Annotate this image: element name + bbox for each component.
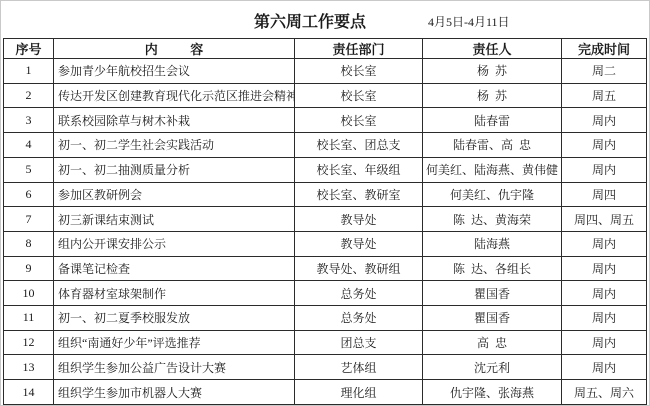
cell-content: 组织学生参加市机器人大赛 (54, 380, 295, 405)
cell-department: 校长室 (295, 108, 423, 133)
table-row: 10体育器材室球架制作总务处瞿国香周内 (4, 281, 647, 306)
table-row: 11初一、初二夏季校服发放总务处瞿国香周内 (4, 306, 647, 331)
cell-person: 陆春雷、高 忠 (423, 133, 562, 158)
cell-index: 9 (4, 256, 54, 281)
cell-deadline: 周内 (562, 355, 647, 380)
cell-index: 10 (4, 281, 54, 306)
cell-person: 仇宇隆、张海燕 (423, 380, 562, 405)
cell-index: 7 (4, 207, 54, 232)
table-row: 1参加青少年航校招生会议校长室杨 苏周二 (4, 59, 647, 84)
cell-content: 组织“南通好少年”评选推荐 (54, 330, 295, 355)
cell-deadline: 周内 (562, 330, 647, 355)
cell-department: 教导处 (295, 207, 423, 232)
cell-deadline: 周内 (562, 231, 647, 256)
cell-content: 组织学生参加公益广告设计大赛 (54, 355, 295, 380)
cell-content: 联系校园除草与树木补栽 (54, 108, 295, 133)
cell-deadline: 周内 (562, 281, 647, 306)
cell-deadline: 周内 (562, 108, 647, 133)
cell-person: 何美红、仇宇隆 (423, 182, 562, 207)
table-row: 14组织学生参加市机器人大赛理化组仇宇隆、张海燕周五、周六 (4, 380, 647, 405)
cell-department: 教导处、教研组 (295, 256, 423, 281)
cell-deadline: 周二 (562, 59, 647, 84)
cell-index: 6 (4, 182, 54, 207)
table-row: 2传达开发区创建教育现代化示范区推进会精神校长室杨 苏周五 (4, 83, 647, 108)
cell-department: 总务处 (295, 281, 423, 306)
cell-content: 初三新课结束测试 (54, 207, 295, 232)
cell-person: 杨 苏 (423, 83, 562, 108)
cell-deadline: 周内 (562, 306, 647, 331)
cell-index: 12 (4, 330, 54, 355)
cell-person: 何美红、陆海燕、黄伟健 (423, 157, 562, 182)
table-row: 13组织学生参加公益广告设计大赛艺体组沈元利周内 (4, 355, 647, 380)
cell-department: 校长室、教研室 (295, 182, 423, 207)
cell-index: 8 (4, 231, 54, 256)
table-row: 12组织“南通好少年”评选推荐团总支高 忠周内 (4, 330, 647, 355)
title-bar: 第六周工作要点 4月5日-4月11日 (0, 0, 650, 38)
cell-person: 沈元利 (423, 355, 562, 380)
cell-index: 3 (4, 108, 54, 133)
cell-deadline: 周内 (562, 256, 647, 281)
weekly-work-points-sheet: 第六周工作要点 4月5日-4月11日 序号内 容责任部门责任人完成时间 1参加青… (0, 0, 650, 406)
cell-department: 校长室 (295, 83, 423, 108)
cell-index: 1 (4, 59, 54, 84)
cell-content: 组内公开课安排公示 (54, 231, 295, 256)
cell-index: 5 (4, 157, 54, 182)
table-row: 6参加区教研例会校长室、教研室何美红、仇宇隆周四 (4, 182, 647, 207)
cell-person: 陆海燕 (423, 231, 562, 256)
column-header-department: 责任部门 (295, 39, 423, 59)
cell-content: 传达开发区创建教育现代化示范区推进会精神 (54, 83, 295, 108)
cell-index: 2 (4, 83, 54, 108)
table-row: 8组内公开课安排公示教导处陆海燕周内 (4, 231, 647, 256)
cell-content: 备课笔记检查 (54, 256, 295, 281)
cell-content: 初一、初二抽测质量分析 (54, 157, 295, 182)
date-range: 4月5日-4月11日 (428, 13, 510, 30)
cell-deadline: 周五 (562, 83, 647, 108)
column-header-content: 内 容 (54, 39, 295, 59)
cell-department: 校长室、年级组 (295, 157, 423, 182)
cell-department: 总务处 (295, 306, 423, 331)
table-header-row: 序号内 容责任部门责任人完成时间 (4, 39, 647, 59)
cell-deadline: 周四、周五 (562, 207, 647, 232)
cell-content: 体育器材室球架制作 (54, 281, 295, 306)
cell-content: 初一、初二学生社会实践活动 (54, 133, 295, 158)
cell-person: 陈 达、黄海荣 (423, 207, 562, 232)
work-points-table: 序号内 容责任部门责任人完成时间 1参加青少年航校招生会议校长室杨 苏周二2传达… (3, 38, 647, 405)
table-row: 5初一、初二抽测质量分析校长室、年级组何美红、陆海燕、黄伟健周内 (4, 157, 647, 182)
cell-deadline: 周五、周六 (562, 380, 647, 405)
cell-content: 初一、初二夏季校服发放 (54, 306, 295, 331)
cell-deadline: 周内 (562, 157, 647, 182)
cell-index: 13 (4, 355, 54, 380)
cell-department: 团总支 (295, 330, 423, 355)
cell-index: 14 (4, 380, 54, 405)
cell-deadline: 周四 (562, 182, 647, 207)
table-row: 3联系校园除草与树木补栽校长室陆春雷周内 (4, 108, 647, 133)
cell-index: 4 (4, 133, 54, 158)
cell-person: 陆春雷 (423, 108, 562, 133)
cell-person: 陈 达、各组长 (423, 256, 562, 281)
column-header-index: 序号 (4, 39, 54, 59)
cell-person: 瞿国香 (423, 281, 562, 306)
cell-person: 高 忠 (423, 330, 562, 355)
cell-person: 瞿国香 (423, 306, 562, 331)
cell-department: 艺体组 (295, 355, 423, 380)
column-header-person: 责任人 (423, 39, 562, 59)
cell-department: 教导处 (295, 231, 423, 256)
cell-department: 校长室、团总支 (295, 133, 423, 158)
page-title: 第六周工作要点 (254, 9, 366, 32)
cell-content: 参加青少年航校招生会议 (54, 59, 295, 84)
table-row: 9备课笔记检查教导处、教研组陈 达、各组长周内 (4, 256, 647, 281)
cell-person: 杨 苏 (423, 59, 562, 84)
cell-department: 理化组 (295, 380, 423, 405)
column-header-deadline: 完成时间 (562, 39, 647, 59)
cell-index: 11 (4, 306, 54, 331)
table-row: 4初一、初二学生社会实践活动校长室、团总支陆春雷、高 忠周内 (4, 133, 647, 158)
cell-deadline: 周内 (562, 133, 647, 158)
cell-content: 参加区教研例会 (54, 182, 295, 207)
table-row: 7初三新课结束测试教导处陈 达、黄海荣周四、周五 (4, 207, 647, 232)
cell-department: 校长室 (295, 59, 423, 84)
